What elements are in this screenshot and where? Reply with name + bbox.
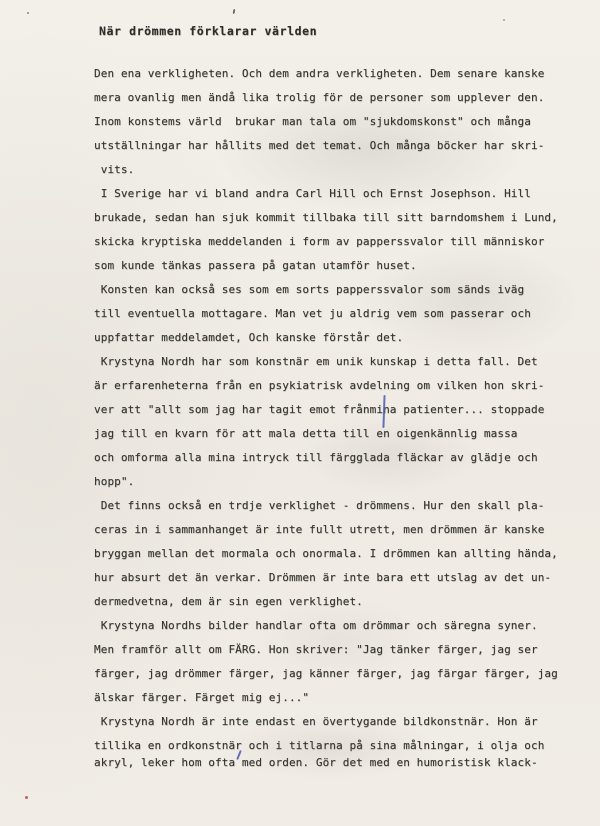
text-line: vits.: [94, 158, 574, 182]
paragraph: Krystyna Nordhs bilder handlar ofta om d…: [94, 614, 574, 710]
text-line: Men framför allt om FÄRG. Hon skriver: "…: [94, 638, 574, 662]
paragraph: Konsten kan också ses som em sorts pappe…: [94, 278, 574, 350]
paragraph: Det finns också en trdje verklighet - dr…: [94, 494, 574, 614]
text-line: älskar färger. Färget mig ej...": [94, 686, 574, 710]
text-line: Krystyna Nordh är inte endast en övertyg…: [94, 710, 574, 734]
scanned-typewritten-page: När drömmen förklarar världen Den ena ve…: [0, 0, 600, 826]
paragraph: I Sverige har vi bland andra Carl Hill o…: [94, 182, 574, 278]
document-body: Den ena verkligheten. Och dem andra verk…: [94, 62, 574, 775]
text-line: utställningar har hållits med det temat.…: [94, 134, 574, 158]
paper-speck: [233, 9, 236, 14]
text-line: I Sverige har vi bland andra Carl Hill o…: [94, 182, 574, 206]
text-line: akryl, leker hom ofta med orden. Gör det…: [94, 751, 574, 775]
text-line: Konsten kan också ses som em sorts pappe…: [94, 278, 574, 302]
text-line: till eventuella mottagare. Man vet ju al…: [94, 302, 574, 326]
paragraph: Krystyna Nordh har som konstnär em unik …: [94, 350, 574, 494]
text-line: som kunde tänkas passera på gatan utamfö…: [94, 254, 574, 278]
text-line: dermedvetna, dem är sin egen verklighet.: [94, 590, 574, 614]
text-line: jag till en kvarn för att mala detta til…: [94, 422, 574, 446]
text-line: Inom konstems värld brukar man tala om "…: [94, 110, 574, 134]
paper-speck: [503, 19, 505, 21]
text-line: Krystyna Nordhs bilder handlar ofta om d…: [94, 614, 574, 638]
paragraph: Den ena verkligheten. Och dem andra verk…: [94, 62, 574, 182]
paragraph: Krystyna Nordh är inte endast en övertyg…: [94, 710, 574, 775]
text-line: ver att "allt som jag har tagit emot frå…: [94, 398, 574, 422]
text-line: är erfarenheterna från en psykiatrisk av…: [94, 374, 574, 398]
text-line: hur absurt det än verkar. Drömmen är int…: [94, 566, 574, 590]
text-line: Det finns också en trdje verklighet - dr…: [94, 494, 574, 518]
text-line: skicka kryptiska meddelanden i form av p…: [94, 230, 574, 254]
document-title: När drömmen förklarar världen: [99, 24, 317, 38]
text-line: mera ovanlig men ändå lika trolig för de…: [94, 86, 574, 110]
text-line: Krystyna Nordh har som konstnär em unik …: [94, 350, 574, 374]
text-line: bryggan mellan det mormala och onormala.…: [94, 542, 574, 566]
text-line: Den ena verkligheten. Och dem andra verk…: [94, 62, 574, 86]
text-line: brukade, sedan han sjuk kommit tillbaka …: [94, 206, 574, 230]
paper-speck: [25, 796, 28, 799]
text-line: ceras in i sammanhanget är inte fullt ut…: [94, 518, 574, 542]
text-line: färger, jag drömmer färger, jag känner f…: [94, 662, 574, 686]
text-line: uppfattar meddelamdet, Och kanske förstå…: [94, 326, 574, 350]
text-line: hopp".: [94, 470, 574, 494]
paper-speck: [27, 12, 29, 14]
text-line: och omforma alla mina intryck till färgg…: [94, 446, 574, 470]
